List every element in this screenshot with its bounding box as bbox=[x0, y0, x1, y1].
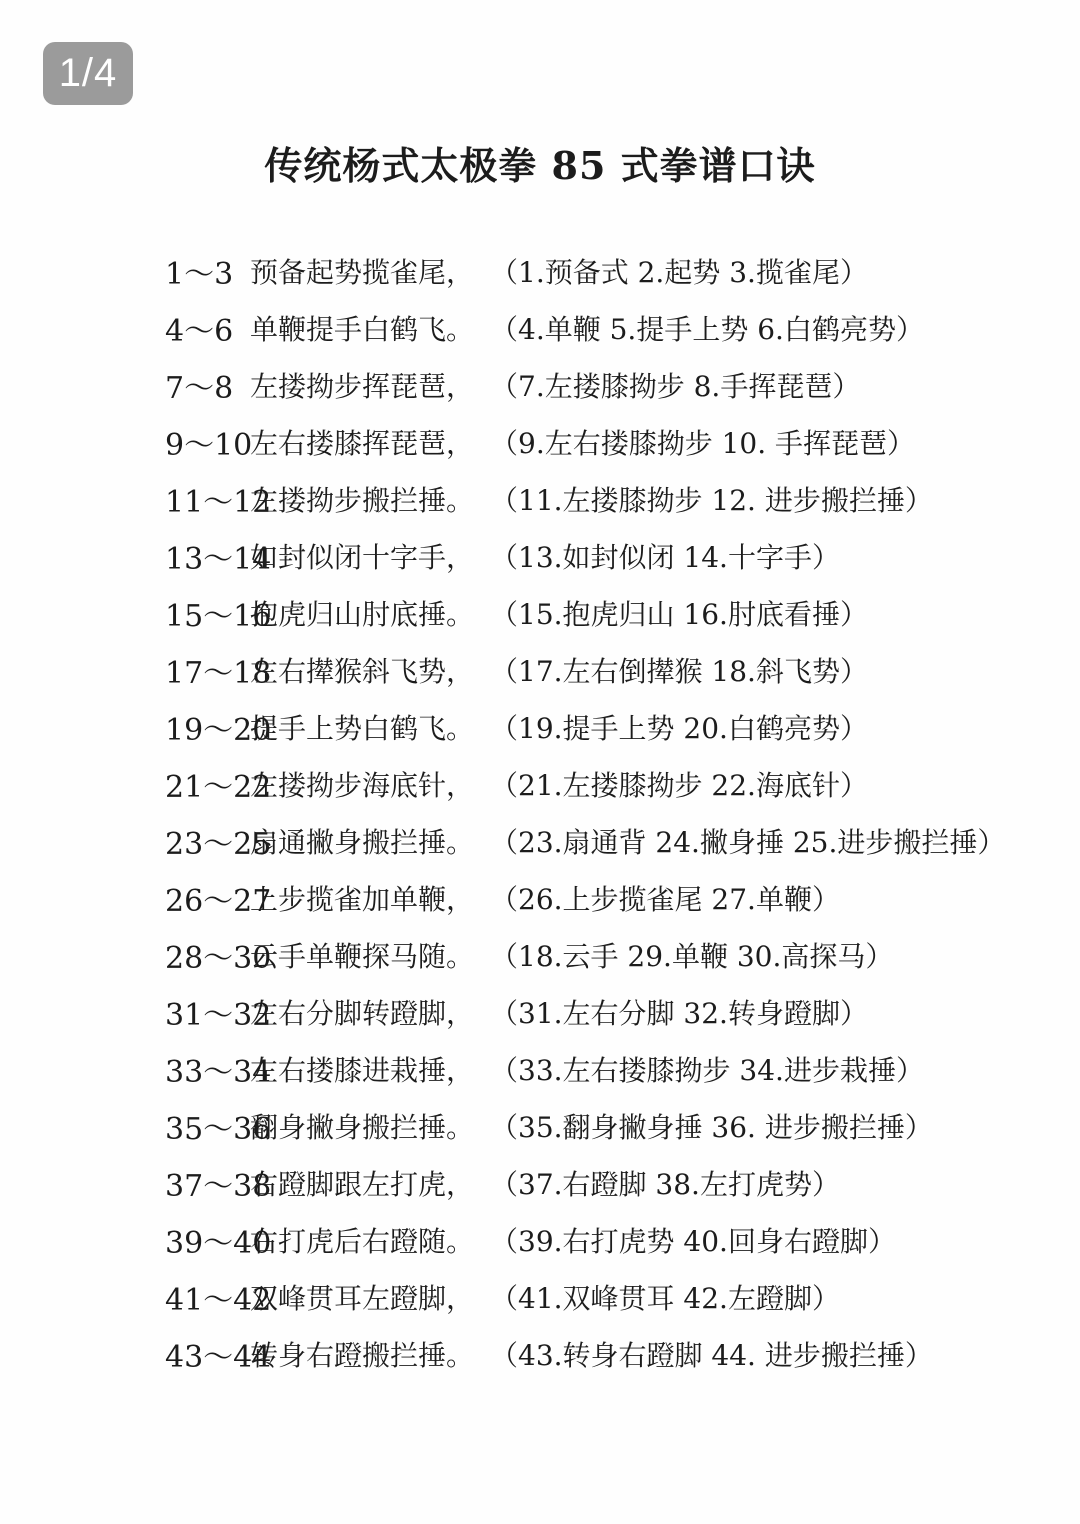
verse-phrase: 双峰贯耳左蹬脚， bbox=[250, 1277, 490, 1317]
verse-phrase: 左右撵猴斜飞势， bbox=[250, 650, 490, 690]
verse-detail: （18.云手 29.单鞭 30.高探马） bbox=[490, 935, 1040, 975]
page-indicator-badge: 1/4 bbox=[43, 42, 133, 105]
verse-row: 26～27 上步揽雀加单鞭， （26.上步揽雀尾 27.单鞭） bbox=[165, 869, 1040, 926]
verse-phrase: 预备起势揽雀尾， bbox=[250, 251, 490, 291]
verse-phrase: 如封似闭十字手， bbox=[250, 536, 490, 576]
verse-phrase: 单鞭提手白鹤飞。 bbox=[250, 308, 490, 348]
verse-range: 31～32 bbox=[165, 990, 250, 1034]
verse-detail: （19.提手上势 20.白鹤亮势） bbox=[490, 707, 1040, 747]
verse-row: 33～34 左右搂膝进栽捶， （33.左右搂膝拗步 34.进步栽捶） bbox=[165, 1040, 1040, 1097]
document-title: 传统杨式太极拳 85 式拳谱口诀 bbox=[0, 135, 1080, 190]
verse-row: 37～38 右蹬脚跟左打虎， （37.右蹬脚 38.左打虎势） bbox=[165, 1154, 1040, 1211]
verse-range: 4～6 bbox=[165, 306, 250, 350]
verse-detail: （4.单鞭 5.提手上势 6.白鹤亮势） bbox=[490, 308, 1040, 348]
verse-range: 23～25 bbox=[165, 819, 250, 863]
verse-row: 11～12 左搂拗步搬拦捶。 （11.左搂膝拗步 12. 进步搬拦捶） bbox=[165, 470, 1040, 527]
verse-phrase: 左右分脚转蹬脚， bbox=[250, 992, 490, 1032]
verse-range: 21～22 bbox=[165, 762, 250, 806]
verse-detail: （43.转身右蹬脚 44. 进步搬拦捶） bbox=[490, 1334, 1040, 1374]
document-page: 1/4 传统杨式太极拳 85 式拳谱口诀 1～3 预备起势揽雀尾， （1.预备式… bbox=[0, 0, 1080, 1524]
verse-row: 19～20 提手上势白鹤飞。 （19.提手上势 20.白鹤亮势） bbox=[165, 698, 1040, 755]
verse-detail: （21.左搂膝拗步 22.海底针） bbox=[490, 764, 1040, 804]
verse-range: 33～34 bbox=[165, 1047, 250, 1091]
verse-phrase: 上步揽雀加单鞭， bbox=[250, 878, 490, 918]
verse-range: 17～18 bbox=[165, 648, 250, 692]
verse-row: 23～25 扇通撇身搬拦捶。 （23.扇通背 24.撇身捶 25.进步搬拦捶） bbox=[165, 812, 1040, 869]
verse-detail: （41.双峰贯耳 42.左蹬脚） bbox=[490, 1277, 1040, 1317]
verse-detail: （33.左右搂膝拗步 34.进步栽捶） bbox=[490, 1049, 1040, 1089]
verse-phrase: 右打虎后右蹬随。 bbox=[250, 1220, 490, 1260]
verse-range: 11～12 bbox=[165, 477, 250, 521]
verse-list: 1～3 预备起势揽雀尾， （1.预备式 2.起势 3.揽雀尾） 4～6 单鞭提手… bbox=[165, 242, 1040, 1382]
verse-phrase: 翻身撇身搬拦捶。 bbox=[250, 1106, 490, 1146]
verse-detail: （39.右打虎势 40.回身右蹬脚） bbox=[490, 1220, 1040, 1260]
verse-row: 13～14 如封似闭十字手， （13.如封似闭 14.十字手） bbox=[165, 527, 1040, 584]
verse-phrase: 左搂拗步海底针， bbox=[250, 764, 490, 804]
verse-range: 41～42 bbox=[165, 1275, 250, 1319]
verse-detail: （37.右蹬脚 38.左打虎势） bbox=[490, 1163, 1040, 1203]
verse-detail: （9.左右搂膝拗步 10. 手挥琵琶） bbox=[490, 422, 1040, 462]
verse-range: 9～10 bbox=[165, 420, 250, 464]
verse-detail: （7.左搂膝拗步 8.手挥琵琶） bbox=[490, 365, 1040, 405]
verse-range: 19～20 bbox=[165, 705, 250, 749]
verse-phrase: 转身右蹬搬拦捶。 bbox=[250, 1334, 490, 1374]
verse-row: 4～6 单鞭提手白鹤飞。 （4.单鞭 5.提手上势 6.白鹤亮势） bbox=[165, 299, 1040, 356]
verse-row: 7～8 左搂拗步挥琵琶， （7.左搂膝拗步 8.手挥琵琶） bbox=[165, 356, 1040, 413]
verse-row: 1～3 预备起势揽雀尾， （1.预备式 2.起势 3.揽雀尾） bbox=[165, 242, 1040, 299]
verse-range: 7～8 bbox=[165, 363, 250, 407]
verse-detail: （15.抱虎归山 16.肘底看捶） bbox=[490, 593, 1040, 633]
verse-detail: （23.扇通背 24.撇身捶 25.进步搬拦捶） bbox=[490, 821, 1040, 861]
verse-row: 35～36 翻身撇身搬拦捶。 （35.翻身撇身捶 36. 进步搬拦捶） bbox=[165, 1097, 1040, 1154]
verse-detail: （35.翻身撇身捶 36. 进步搬拦捶） bbox=[490, 1106, 1040, 1146]
verse-range: 26～27 bbox=[165, 876, 250, 920]
verse-row: 39～40 右打虎后右蹬随。 （39.右打虎势 40.回身右蹬脚） bbox=[165, 1211, 1040, 1268]
verse-range: 15～16 bbox=[165, 591, 250, 635]
verse-detail: （17.左右倒撵猴 18.斜飞势） bbox=[490, 650, 1040, 690]
verse-phrase: 左搂拗步搬拦捶。 bbox=[250, 479, 490, 519]
verse-range: 1～3 bbox=[165, 249, 250, 293]
verse-row: 41～42 双峰贯耳左蹬脚， （41.双峰贯耳 42.左蹬脚） bbox=[165, 1268, 1040, 1325]
verse-phrase: 扇通撇身搬拦捶。 bbox=[250, 821, 490, 861]
verse-range: 35～36 bbox=[165, 1104, 250, 1148]
verse-range: 43～44 bbox=[165, 1332, 250, 1376]
verse-phrase: 左搂拗步挥琵琶， bbox=[250, 365, 490, 405]
verse-phrase: 左右搂膝进栽捶， bbox=[250, 1049, 490, 1089]
verse-detail: （1.预备式 2.起势 3.揽雀尾） bbox=[490, 251, 1040, 291]
verse-row: 15～16 抱虎归山肘底捶。 （15.抱虎归山 16.肘底看捶） bbox=[165, 584, 1040, 641]
verse-row: 9～10 左右搂膝挥琵琶， （9.左右搂膝拗步 10. 手挥琵琶） bbox=[165, 413, 1040, 470]
verse-row: 21～22 左搂拗步海底针， （21.左搂膝拗步 22.海底针） bbox=[165, 755, 1040, 812]
verse-phrase: 提手上势白鹤飞。 bbox=[250, 707, 490, 747]
verse-detail: （26.上步揽雀尾 27.单鞭） bbox=[490, 878, 1040, 918]
verse-phrase: 云手单鞭探马随。 bbox=[250, 935, 490, 975]
verse-row: 28～30 云手单鞭探马随。 （18.云手 29.单鞭 30.高探马） bbox=[165, 926, 1040, 983]
verse-phrase: 右蹬脚跟左打虎， bbox=[250, 1163, 490, 1203]
verse-phrase: 左右搂膝挥琵琶， bbox=[250, 422, 490, 462]
verse-range: 37～38 bbox=[165, 1161, 250, 1205]
verse-detail: （13.如封似闭 14.十字手） bbox=[490, 536, 1040, 576]
verse-range: 13～14 bbox=[165, 534, 250, 578]
verse-detail: （31.左右分脚 32.转身蹬脚） bbox=[490, 992, 1040, 1032]
verse-range: 28～30 bbox=[165, 933, 250, 977]
verse-row: 31～32 左右分脚转蹬脚， （31.左右分脚 32.转身蹬脚） bbox=[165, 983, 1040, 1040]
verse-range: 39～40 bbox=[165, 1218, 250, 1262]
verse-detail: （11.左搂膝拗步 12. 进步搬拦捶） bbox=[490, 479, 1040, 519]
verse-phrase: 抱虎归山肘底捶。 bbox=[250, 593, 490, 633]
verse-row: 43～44 转身右蹬搬拦捶。 （43.转身右蹬脚 44. 进步搬拦捶） bbox=[165, 1325, 1040, 1382]
verse-row: 17～18 左右撵猴斜飞势， （17.左右倒撵猴 18.斜飞势） bbox=[165, 641, 1040, 698]
